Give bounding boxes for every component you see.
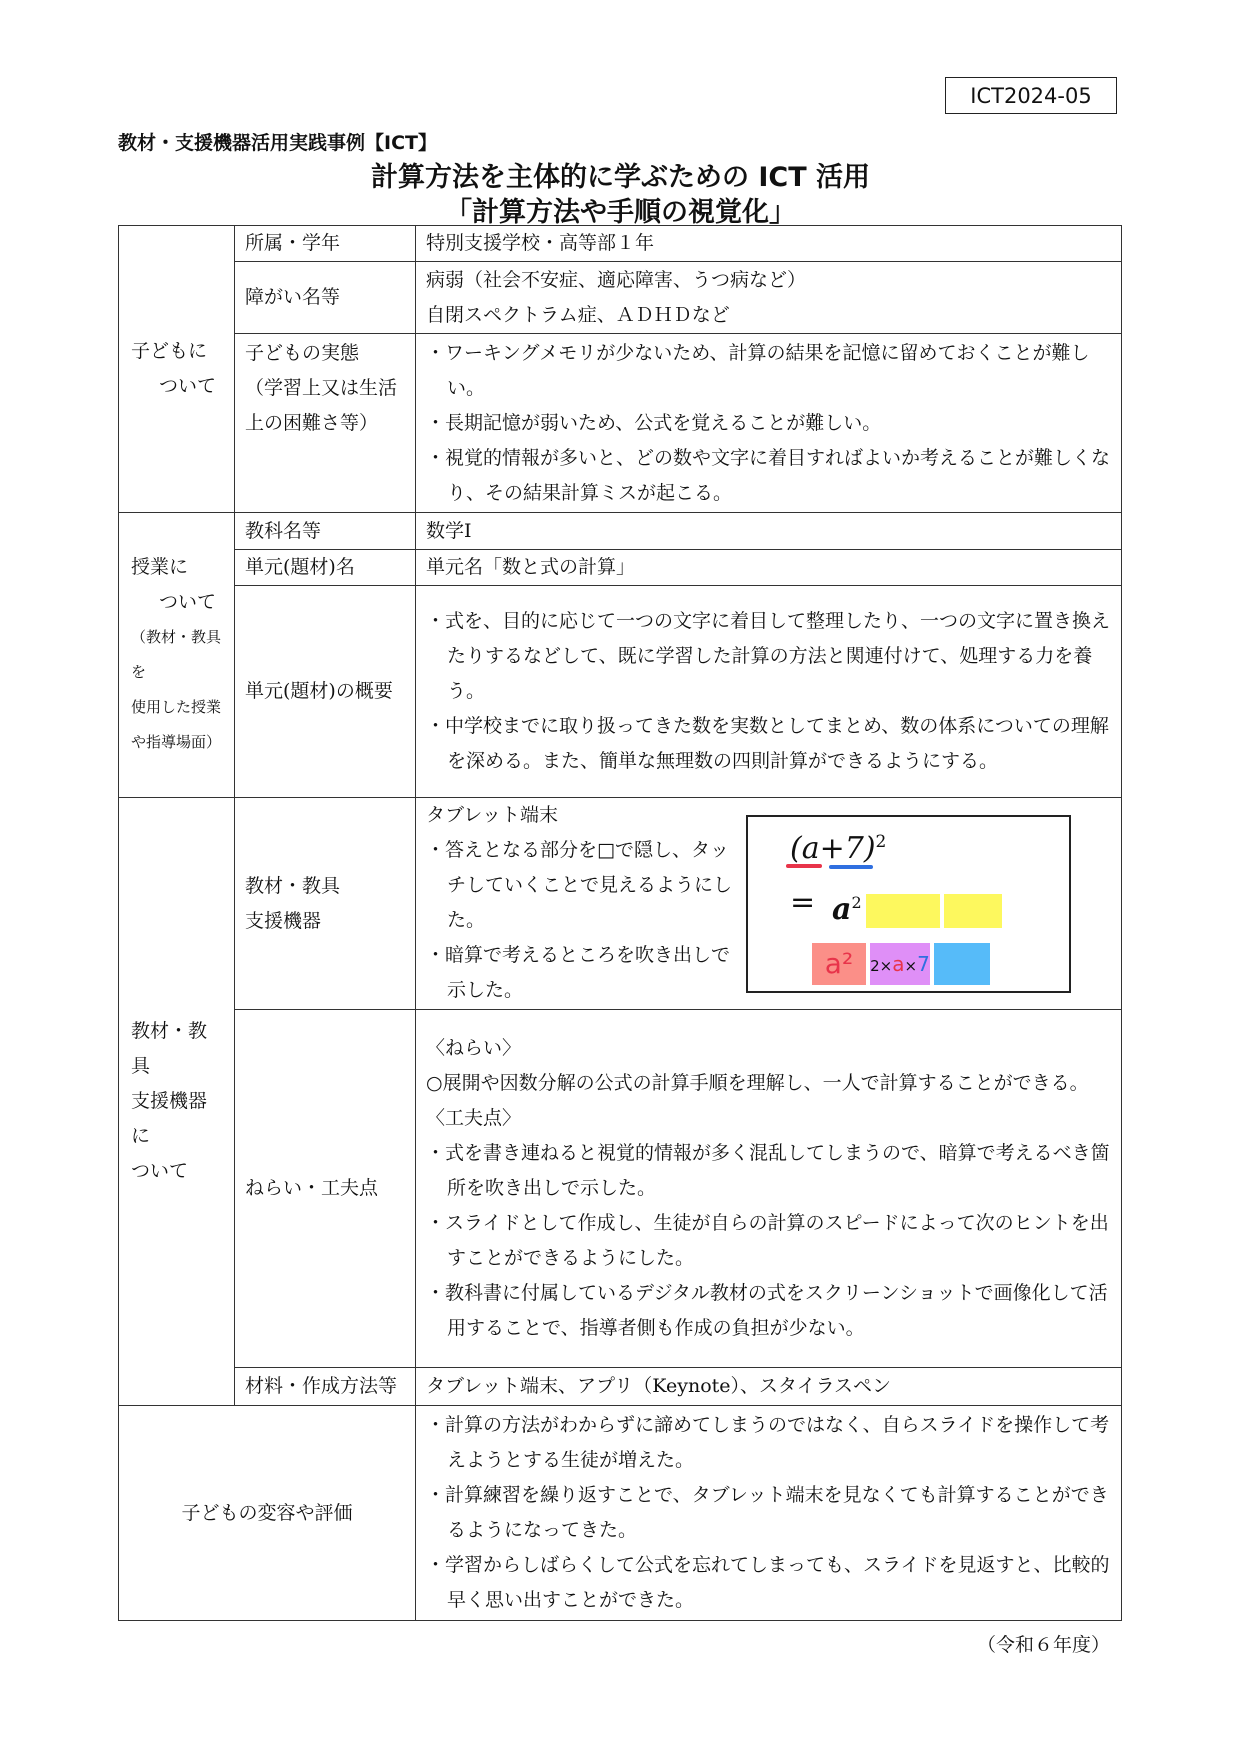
list-item: スライドとして作成し、生徒が自らの計算のスピードによって次のヒントを出すことがで… <box>426 1206 1111 1276</box>
affiliation-value: 特別支援学校・高等部１年 <box>416 226 1122 262</box>
expression-top: (a+7)2 <box>790 825 886 866</box>
row-subject: 授業に ついて （教材・教具を 使用した授業 や指導場面） 教科名等 数学Ⅰ <box>119 513 1122 550</box>
evaluation-label: 子どもの変容や評価 <box>119 1406 416 1621</box>
child-state-label: 子どもの実態 （学習上又は生活 上の困難さ等） <box>235 334 416 513</box>
overview-label: 単元(題材)の概要 <box>235 586 416 798</box>
disability-line: 自閉スペクトラム症、ＡＤＨＤなど <box>426 298 1111 333</box>
unit-value: 単元名「数と式の計算」 <box>416 550 1122 586</box>
label-line: 子どもに <box>131 334 224 369</box>
section-label-child: 子どもに ついて <box>119 226 235 513</box>
document-id: ICT2024-05 <box>970 84 1091 108</box>
affiliation-label: 所属・学年 <box>235 226 416 262</box>
hidden-answer-box-2[interactable] <box>944 894 1002 928</box>
label-note: 使用した授業 <box>131 690 224 725</box>
expression-equals: = <box>790 885 815 920</box>
method-label: 材料・作成方法等 <box>235 1368 416 1406</box>
tools-label: 教材・教具 支援機器 <box>235 798 416 1010</box>
label-line: 授業に <box>131 550 224 585</box>
formula-slide-image: (a+7)2 = a2 a² 2×a×7 <box>746 815 1071 993</box>
section-label-lesson: 授業に ついて （教材・教具を 使用した授業 や指導場面） <box>119 513 235 798</box>
row-overview: 単元(題材)の概要 式を、目的に応じて一つの文字に着目して整理したり、一つの文字… <box>119 586 1122 798</box>
list-item: 式を書き連ねると視覚的情報が多く混乱してしまうので、暗算で考えるべき箇所を吹き出… <box>426 1136 1111 1206</box>
list-item: 長期記憶が弱いため、公式を覚えることが難しい。 <box>426 406 1111 441</box>
variable: a <box>832 892 851 927</box>
row-tools: 教材・教具 支援機器に ついて 教材・教具 支援機器 タブレット端末 答えとなる… <box>119 798 1122 1010</box>
bubble-text: 7 <box>917 952 930 976</box>
unit-label: 単元(題材)名 <box>235 550 416 586</box>
bubble-text: 2× <box>870 957 892 975</box>
list-item: 計算練習を繰り返すことで、タブレット端末を見なくても計算することができるようにな… <box>426 1478 1111 1548</box>
label-line: 教材・教具 <box>131 1014 224 1084</box>
label-line: 教材・教具 <box>245 869 405 904</box>
label-line: 子どもの実態 <box>245 336 405 371</box>
document-id-box: ICT2024-05 <box>945 77 1117 114</box>
aims-heading: 〈ねらい〉 <box>426 1031 1111 1066</box>
row-method: 材料・作成方法等 タブレット端末、アプリ（Keynote）、スタイラスペン <box>119 1368 1122 1406</box>
child-state-value: ワーキングメモリが少ないため、計算の結果を記憶に留めておくことが難しい。 長期記… <box>416 334 1122 513</box>
case-table: 子どもに ついて 所属・学年 特別支援学校・高等部１年 障がい名等 病弱（社会不… <box>118 225 1122 1621</box>
section-label-materials: 教材・教具 支援機器に ついて <box>119 798 235 1406</box>
row-evaluation: 子どもの変容や評価 計算の方法がわからずに諦めてしまうのではなく、自らスライドを… <box>119 1406 1122 1621</box>
list-item: 式を、目的に応じて一つの文字に着目して整理したり、一つの文字に置き換えたりするな… <box>426 604 1111 709</box>
label-line: （学習上又は生活 <box>245 371 405 406</box>
expression-a-squared: a2 <box>832 885 862 927</box>
row-disability: 障がい名等 病弱（社会不安症、適応障害、うつ病など） 自閉スペクトラム症、ＡＤＨ… <box>119 262 1122 334</box>
blue-underline <box>829 865 873 869</box>
row-affiliation: 子どもに ついて 所属・学年 特別支援学校・高等部１年 <box>119 226 1122 262</box>
page-title: 計算方法を主体的に学ぶための ICT 活用 <box>0 155 1241 194</box>
label-line: 支援機器 <box>245 904 405 939</box>
red-underline <box>786 864 822 868</box>
aims-label: ねらい・工夫点 <box>235 1010 416 1368</box>
exponent: 2 <box>851 893 861 912</box>
speech-bubble-blank[interactable] <box>934 943 990 985</box>
list-item: 答えとなる部分を□で隠し、タッチしていくことで見えるようにした。 <box>426 833 736 938</box>
bubble-text: × <box>905 957 918 975</box>
list-item: 教科書に付属しているデジタル教材の式をスクリーンショットで画像化して活用すること… <box>426 1276 1111 1346</box>
fiscal-year: （令和６年度） <box>970 1630 1110 1657</box>
disability-label: 障がい名等 <box>235 262 416 334</box>
label-line: 上の困難さ等） <box>245 406 405 441</box>
disability-line: 病弱（社会不安症、適応障害、うつ病など） <box>426 263 1111 298</box>
aims-value: 〈ねらい〉 展開や因数分解の公式の計算手順を理解し、一人で計算することができる。… <box>416 1010 1122 1368</box>
label-note: （教材・教具を <box>131 620 224 690</box>
list-item: 視覚的情報が多いと、どの数や文字に着目すればよいか考えることが難しくなり、その結… <box>426 441 1111 511</box>
hidden-answer-box-1[interactable] <box>866 894 940 928</box>
label-note: や指導場面） <box>131 725 224 760</box>
list-item: 展開や因数分解の公式の計算手順を理解し、一人で計算することができる。 <box>426 1066 1111 1101</box>
label-line: ついて <box>131 585 224 620</box>
speech-bubble-a-squared[interactable]: a² <box>812 943 866 985</box>
bubble-text: a <box>892 952 904 976</box>
method-value: タブレット端末、アプリ（Keynote）、スタイラスペン <box>416 1368 1122 1406</box>
tools-value: タブレット端末 答えとなる部分を□で隠し、タッチしていくことで見えるようにした。… <box>416 798 1122 1010</box>
row-aims: ねらい・工夫点 〈ねらい〉 展開や因数分解の公式の計算手順を理解し、一人で計算す… <box>119 1010 1122 1368</box>
tools-heading: タブレット端末 <box>426 798 736 833</box>
evaluation-value: 計算の方法がわからずに諦めてしまうのではなく、自らスライドを操作して考えようとす… <box>416 1406 1122 1621</box>
row-unit: 単元(題材)名 単元名「数と式の計算」 <box>119 550 1122 586</box>
page-subtitle: 「計算方法や手順の視覚化」 <box>0 190 1241 229</box>
exponent: 2 <box>876 832 887 852</box>
subject-label: 教科名等 <box>235 513 416 550</box>
label-line: 支援機器に <box>131 1084 224 1154</box>
list-item: 学習からしばらくして公式を忘れてしまっても、スライドを見返すと、比較的早く思い出… <box>426 1548 1111 1618</box>
list-item: ワーキングメモリが少ないため、計算の結果を記憶に留めておくことが難しい。 <box>426 336 1111 406</box>
speech-bubble-2a7[interactable]: 2×a×7 <box>870 943 930 985</box>
expression-text: (a+7) <box>790 831 876 866</box>
subject-value: 数学Ⅰ <box>416 513 1122 550</box>
list-item: 暗算で考えるところを吹き出しで示した。 <box>426 938 736 1008</box>
disability-value: 病弱（社会不安症、適応障害、うつ病など） 自閉スペクトラム症、ＡＤＨＤなど <box>416 262 1122 334</box>
row-child-state: 子どもの実態 （学習上又は生活 上の困難さ等） ワーキングメモリが少ないため、計… <box>119 334 1122 513</box>
overview-value: 式を、目的に応じて一つの文字に着目して整理したり、一つの文字に置き換えたりするな… <box>416 586 1122 798</box>
list-item: 中学校までに取り扱ってきた数を実数としてまとめ、数の体系についての理解を深める。… <box>426 709 1111 779</box>
ideas-heading: 〈工夫点〉 <box>426 1101 1111 1136</box>
label-line: ついて <box>131 1154 224 1189</box>
label-line: ついて <box>131 369 224 404</box>
list-item: 計算の方法がわからずに諦めてしまうのではなく、自らスライドを操作して考えようとす… <box>426 1408 1111 1478</box>
category-heading: 教材・支援機器活用実践事例【ICT】 <box>118 128 437 155</box>
